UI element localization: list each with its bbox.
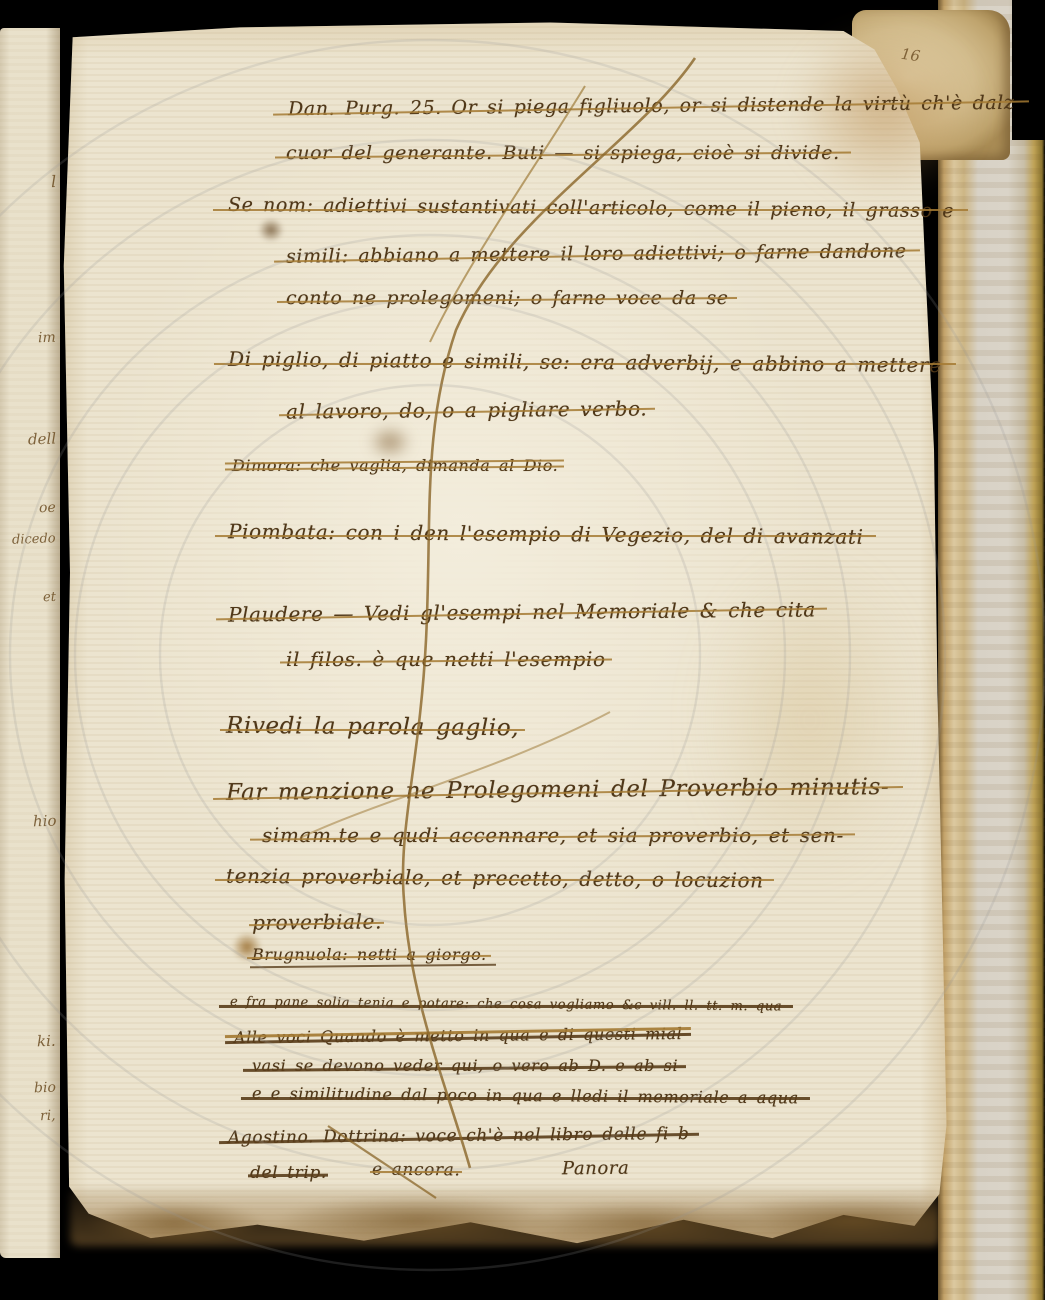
watermark-ring xyxy=(0,140,945,1170)
manuscript-photo: { "page": { "number": "16" }, "palette":… xyxy=(0,0,1045,1300)
watermark-ring xyxy=(0,40,1045,1270)
watermark-ring xyxy=(75,300,785,1010)
watermark-ring xyxy=(10,235,850,1075)
library-watermark-circles xyxy=(0,0,1045,1300)
watermark-ring xyxy=(160,385,700,925)
